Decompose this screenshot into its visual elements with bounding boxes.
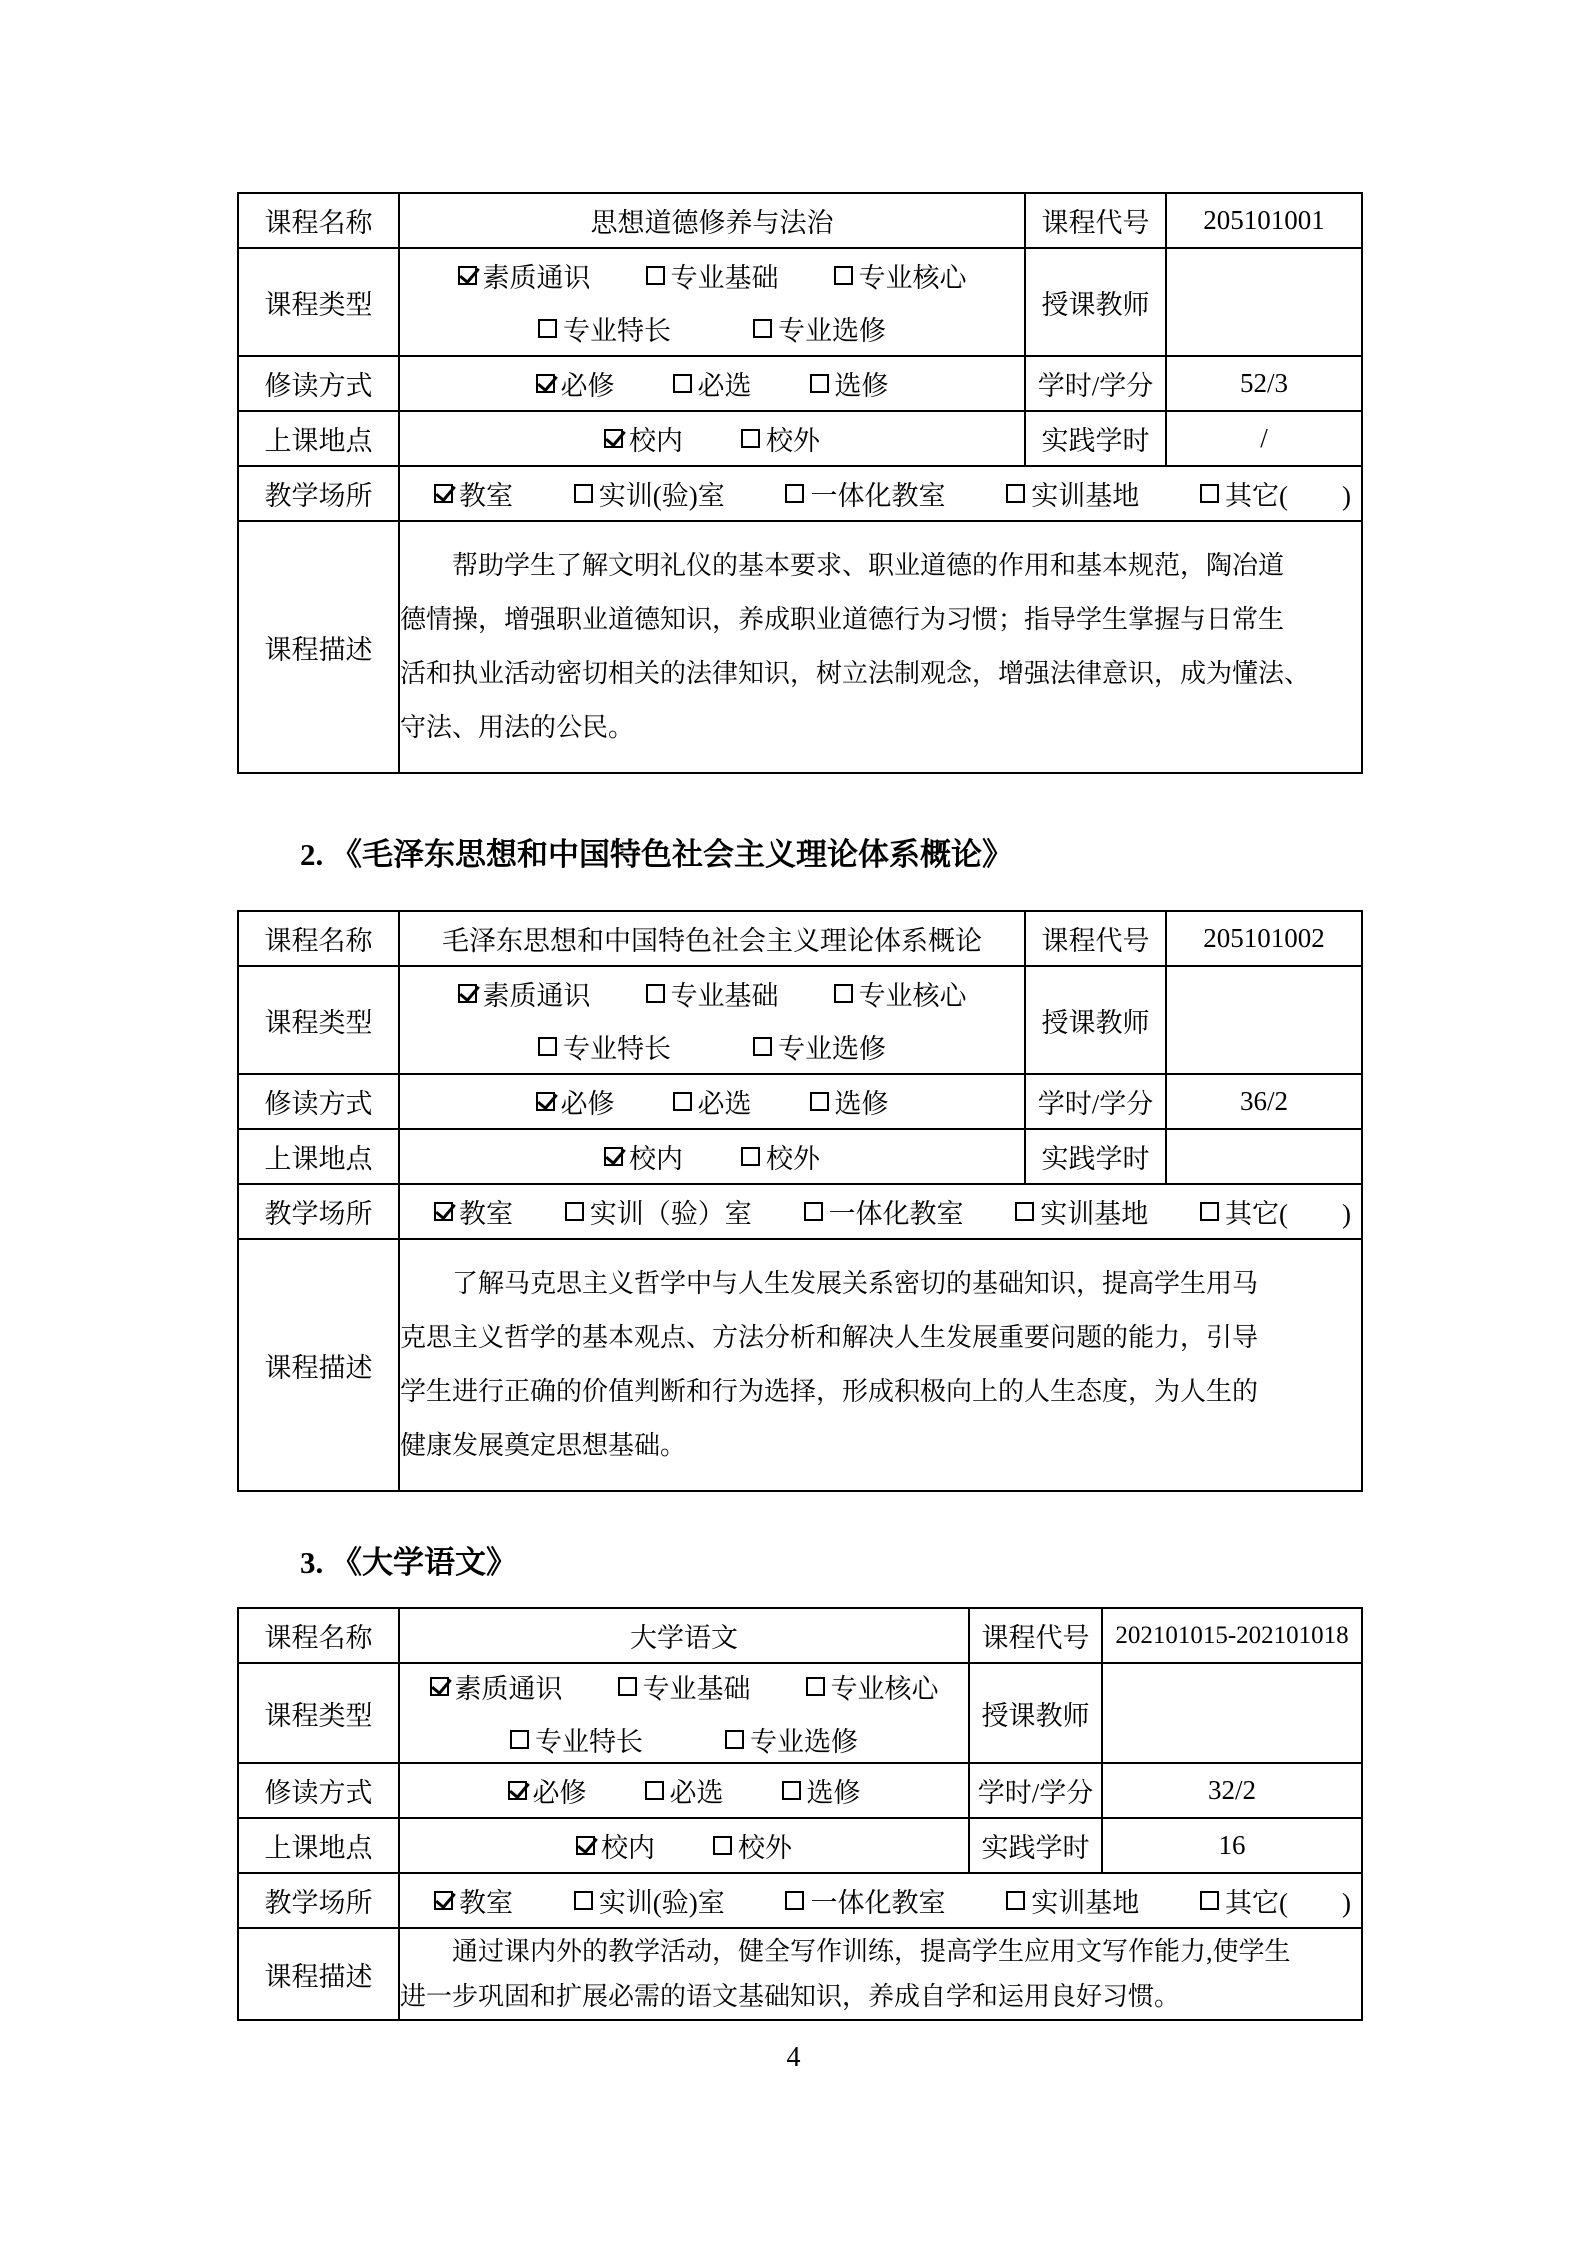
checkbox-box-icon (806, 1677, 825, 1696)
checkbox-option-label: 必选 (698, 364, 752, 403)
checkbox-box-icon (1200, 1891, 1219, 1910)
checkbox-option-label: 选修 (835, 1082, 889, 1121)
checkbox-option: 专业选修 (753, 1027, 886, 1066)
checkbox-box-icon (604, 429, 623, 448)
checkbox-option-label: 素质通识 (483, 256, 591, 295)
checkbox-option-label: 校外 (766, 1137, 820, 1176)
checkbox-box-icon (753, 319, 772, 338)
practice-hours-label: 实践学时 (969, 1818, 1102, 1873)
checkbox-box-icon (673, 1092, 692, 1111)
checkbox-box-icon (430, 1677, 449, 1696)
checkbox-option-label: 素质通识 (483, 974, 591, 1013)
section-heading-2: 2. 《毛泽东思想和中国特色社会主义理论体系概论》 (300, 833, 1013, 877)
checkbox-option: 专业核心 (834, 256, 967, 295)
checkbox-option: 教室 (434, 1881, 513, 1920)
teaching-venue-options: 教室 实训（验）室 一体化教室 实训基地 其它( ) (399, 1184, 1362, 1239)
checkbox-option: 必修 (536, 1082, 615, 1121)
checkbox-option-label: 专业核心 (859, 974, 967, 1013)
checkbox-option: 实训基地 (1006, 1881, 1139, 1920)
checkbox-option-label: 实训（验）室 (590, 1192, 752, 1231)
study-mode-label: 修读方式 (238, 1763, 399, 1818)
course-type-label: 课程类型 (238, 1663, 399, 1763)
checkbox-option-label: 校内 (629, 1137, 683, 1176)
study-mode-options: 必修 必选 选修 (399, 1074, 1025, 1129)
checkbox-option-label: 其它( ) (1225, 1881, 1351, 1920)
checkbox-box-icon (434, 484, 453, 503)
teacher-label: 授课教师 (1025, 966, 1166, 1074)
checkbox-box-icon (574, 1891, 593, 1910)
checkbox-option-label: 选修 (835, 364, 889, 403)
checkbox-box-icon (618, 1677, 637, 1696)
checkbox-option: 必修 (508, 1771, 587, 1810)
checkbox-box-icon (458, 266, 477, 285)
course-name-value: 毛泽东思想和中国特色社会主义理论体系概论 (399, 911, 1025, 966)
checkbox-option-label: 专业核心 (831, 1667, 939, 1706)
checkbox-box-icon (810, 1092, 829, 1111)
course-code-label: 课程代号 (1025, 911, 1166, 966)
checkbox-option: 校外 (741, 1137, 820, 1176)
checkbox-box-icon (536, 374, 555, 393)
checkbox-box-icon (1200, 484, 1219, 503)
checkbox-box-icon (785, 1891, 804, 1910)
checkbox-box-icon (753, 1037, 772, 1056)
course-code-label: 课程代号 (1025, 193, 1166, 248)
checkbox-option-label: 一体化教室 (810, 474, 945, 513)
checkbox-option-label: 实训基地 (1031, 474, 1139, 513)
study-mode-options: 必修 必选 选修 (399, 356, 1025, 411)
checkbox-option: 其它( ) (1200, 474, 1351, 513)
class-location-label: 上课地点 (238, 411, 399, 466)
checkbox-option-label: 一体化教室 (829, 1192, 964, 1231)
class-location-options: 校内 校外 (399, 1129, 1025, 1184)
document-page: 课程名称 思想道德修养与法治 课程代号 205101001 课程类型 素质通识 … (0, 0, 1587, 2245)
checkbox-option-label: 实训(验)室 (599, 1881, 725, 1920)
teacher-label: 授课教师 (969, 1663, 1102, 1763)
checkbox-option-label: 实训(验)室 (599, 474, 725, 513)
checkbox-box-icon (713, 1836, 732, 1855)
teacher-value (1102, 1663, 1362, 1763)
checkbox-box-icon (510, 1730, 529, 1749)
checkbox-box-icon (574, 484, 593, 503)
course-name-label: 课程名称 (238, 193, 399, 248)
checkbox-option: 必选 (673, 364, 752, 403)
course-desc-label: 课程描述 (238, 1239, 399, 1491)
hours-credits-value: 36/2 (1166, 1074, 1362, 1129)
course-type-options: 素质通识 专业基础 专业核心 专业特长 专业选修 (399, 966, 1025, 1074)
checkbox-box-icon (834, 266, 853, 285)
checkbox-option: 一体化教室 (785, 1881, 945, 1920)
checkbox-box-icon (1015, 1202, 1034, 1221)
checkbox-option: 专业核心 (806, 1667, 939, 1706)
practice-hours-value: / (1166, 411, 1362, 466)
course-code-value: 202101015-202101018 (1102, 1608, 1362, 1663)
class-location-label: 上课地点 (238, 1818, 399, 1873)
hours-credits-value: 52/3 (1166, 356, 1362, 411)
course-desc-label: 课程描述 (238, 1928, 399, 2020)
page-number: 4 (0, 2042, 1587, 2074)
checkbox-option-label: 必选 (698, 1082, 752, 1121)
checkbox-option: 实训（验）室 (565, 1192, 752, 1231)
course-table-1: 课程名称 思想道德修养与法治 课程代号 205101001 课程类型 素质通识 … (237, 192, 1363, 774)
teaching-venue-label: 教学场所 (238, 466, 399, 521)
checkbox-option: 实训基地 (1015, 1192, 1148, 1231)
checkbox-box-icon (782, 1781, 801, 1800)
course-type-label: 课程类型 (238, 248, 399, 356)
course-table-3: 课程名称 大学语文 课程代号 202101015-202101018 课程类型 … (237, 1607, 1363, 2021)
checkbox-box-icon (834, 984, 853, 1003)
hours-credits-label: 学时/学分 (969, 1763, 1102, 1818)
hours-credits-label: 学时/学分 (1025, 1074, 1166, 1129)
course-desc-label: 课程描述 (238, 521, 399, 773)
checkbox-option: 一体化教室 (804, 1192, 964, 1231)
checkbox-option-label: 素质通识 (455, 1667, 563, 1706)
checkbox-option-label: 专业特长 (535, 1720, 643, 1759)
checkbox-option-label: 一体化教室 (810, 1881, 945, 1920)
checkbox-option-label: 必修 (561, 1082, 615, 1121)
course-name-label: 课程名称 (238, 1608, 399, 1663)
checkbox-option: 校内 (576, 1826, 655, 1865)
checkbox-option: 专业选修 (725, 1720, 858, 1759)
course-code-value: 205101001 (1166, 193, 1362, 248)
checkbox-option-label: 校内 (601, 1826, 655, 1865)
teaching-venue-label: 教学场所 (238, 1873, 399, 1928)
checkbox-box-icon (646, 266, 665, 285)
checkbox-box-icon (646, 984, 665, 1003)
checkbox-option-label: 其它( ) (1225, 474, 1351, 513)
checkbox-option-label: 专业核心 (859, 256, 967, 295)
checkbox-option: 校外 (741, 419, 820, 458)
checkbox-option-label: 校外 (738, 1826, 792, 1865)
study-mode-label: 修读方式 (238, 356, 399, 411)
checkbox-option: 必选 (673, 1082, 752, 1121)
checkbox-option: 其它( ) (1200, 1192, 1351, 1231)
checkbox-option: 一体化教室 (785, 474, 945, 513)
class-location-options: 校内 校外 (399, 411, 1025, 466)
checkbox-option-label: 实训基地 (1040, 1192, 1148, 1231)
checkbox-box-icon (458, 984, 477, 1003)
checkbox-option: 素质通识 (458, 256, 591, 295)
checkbox-box-icon (725, 1730, 744, 1749)
checkbox-option: 专业基础 (646, 974, 779, 1013)
checkbox-option-label: 教室 (459, 1192, 513, 1231)
teacher-value (1166, 248, 1362, 356)
practice-hours-label: 实践学时 (1025, 411, 1166, 466)
checkbox-box-icon (741, 1147, 760, 1166)
checkbox-box-icon (434, 1891, 453, 1910)
checkbox-option-label: 实训基地 (1031, 1881, 1139, 1920)
checkbox-box-icon (538, 1037, 557, 1056)
hours-credits-label: 学时/学分 (1025, 356, 1166, 411)
course-desc-text: 通过课内外的教学活动，健全写作训练，提高学生应用文写作能力,使学生 进一步巩固和… (399, 1928, 1362, 2020)
checkbox-box-icon (645, 1781, 664, 1800)
checkbox-option: 专业特长 (538, 309, 671, 348)
checkbox-box-icon (536, 1092, 555, 1111)
checkbox-option: 素质通识 (430, 1667, 563, 1706)
checkbox-box-icon (604, 1147, 623, 1166)
checkbox-option-label: 必选 (670, 1771, 724, 1810)
checkbox-option: 教室 (434, 474, 513, 513)
course-name-label: 课程名称 (238, 911, 399, 966)
class-location-label: 上课地点 (238, 1129, 399, 1184)
course-type-options: 素质通识 专业基础 专业核心 专业特长 专业选修 (399, 1663, 969, 1763)
checkbox-option-label: 专业选修 (778, 1027, 886, 1066)
checkbox-option: 其它( ) (1200, 1881, 1351, 1920)
course-name-value: 大学语文 (399, 1608, 969, 1663)
checkbox-option: 实训基地 (1006, 474, 1139, 513)
checkbox-option: 校外 (713, 1826, 792, 1865)
checkbox-option: 专业基础 (618, 1667, 751, 1706)
checkbox-option-label: 教室 (459, 474, 513, 513)
checkbox-box-icon (673, 374, 692, 393)
hours-credits-value: 32/2 (1102, 1763, 1362, 1818)
checkbox-option: 选修 (782, 1771, 861, 1810)
teacher-value (1166, 966, 1362, 1074)
practice-hours-label: 实践学时 (1025, 1129, 1166, 1184)
checkbox-option: 实训(验)室 (574, 1881, 725, 1920)
checkbox-box-icon (785, 484, 804, 503)
study-mode-label: 修读方式 (238, 1074, 399, 1129)
checkbox-box-icon (538, 319, 557, 338)
checkbox-option-label: 专业选修 (750, 1720, 858, 1759)
checkbox-option-label: 专业基础 (671, 974, 779, 1013)
checkbox-option: 选修 (810, 364, 889, 403)
course-code-label: 课程代号 (969, 1608, 1102, 1663)
checkbox-option-label: 专业基础 (643, 1667, 751, 1706)
practice-hours-value (1166, 1129, 1362, 1184)
checkbox-option: 必选 (645, 1771, 724, 1810)
checkbox-option: 专业核心 (834, 974, 967, 1013)
checkbox-option-label: 必修 (533, 1771, 587, 1810)
checkbox-box-icon (804, 1202, 823, 1221)
checkbox-option: 教室 (434, 1192, 513, 1231)
checkbox-box-icon (508, 1781, 527, 1800)
checkbox-box-icon (1006, 1891, 1025, 1910)
checkbox-option: 必修 (536, 364, 615, 403)
checkbox-option: 专业特长 (510, 1720, 643, 1759)
course-name-value: 思想道德修养与法治 (399, 193, 1025, 248)
section-heading-3: 3. 《大学语文》 (300, 1541, 517, 1585)
checkbox-option: 校内 (604, 1137, 683, 1176)
checkbox-option-label: 专业基础 (671, 256, 779, 295)
checkbox-option-label: 必修 (561, 364, 615, 403)
study-mode-options: 必修 必选 选修 (399, 1763, 969, 1818)
checkbox-option: 专业基础 (646, 256, 779, 295)
checkbox-option-label: 专业特长 (563, 1027, 671, 1066)
checkbox-option: 专业选修 (753, 309, 886, 348)
checkbox-box-icon (576, 1836, 595, 1855)
checkbox-option-label: 专业选修 (778, 309, 886, 348)
checkbox-box-icon (434, 1202, 453, 1221)
checkbox-option: 实训(验)室 (574, 474, 725, 513)
checkbox-option-label: 其它( ) (1225, 1192, 1351, 1231)
checkbox-box-icon (1006, 484, 1025, 503)
checkbox-box-icon (741, 429, 760, 448)
checkbox-box-icon (1200, 1202, 1219, 1221)
course-type-label: 课程类型 (238, 966, 399, 1074)
checkbox-option-label: 专业特长 (563, 309, 671, 348)
practice-hours-value: 16 (1102, 1818, 1362, 1873)
teacher-label: 授课教师 (1025, 248, 1166, 356)
teaching-venue-options: 教室 实训(验)室 一体化教室 实训基地 其它( ) (399, 466, 1362, 521)
checkbox-option: 校内 (604, 419, 683, 458)
checkbox-option: 专业特长 (538, 1027, 671, 1066)
checkbox-box-icon (810, 374, 829, 393)
checkbox-option-label: 教室 (459, 1881, 513, 1920)
checkbox-option-label: 校内 (629, 419, 683, 458)
checkbox-option-label: 校外 (766, 419, 820, 458)
teaching-venue-label: 教学场所 (238, 1184, 399, 1239)
course-desc-text: 帮助学生了解文明礼仪的基本要求、职业道德的作用和基本规范，陶冶道 德情操，增强职… (399, 521, 1362, 773)
class-location-options: 校内 校外 (399, 1818, 969, 1873)
teaching-venue-options: 教室 实训(验)室 一体化教室 实训基地 其它( ) (399, 1873, 1362, 1928)
course-desc-text: 了解马克思主义哲学中与人生发展关系密切的基础知识，提高学生用马 克思主义哲学的基… (399, 1239, 1362, 1491)
course-code-value: 205101002 (1166, 911, 1362, 966)
course-type-options: 素质通识 专业基础 专业核心 专业特长 专业选修 (399, 248, 1025, 356)
checkbox-box-icon (565, 1202, 584, 1221)
checkbox-option-label: 选修 (807, 1771, 861, 1810)
checkbox-option: 选修 (810, 1082, 889, 1121)
checkbox-option: 素质通识 (458, 974, 591, 1013)
course-table-2: 课程名称 毛泽东思想和中国特色社会主义理论体系概论 课程代号 205101002… (237, 910, 1363, 1492)
